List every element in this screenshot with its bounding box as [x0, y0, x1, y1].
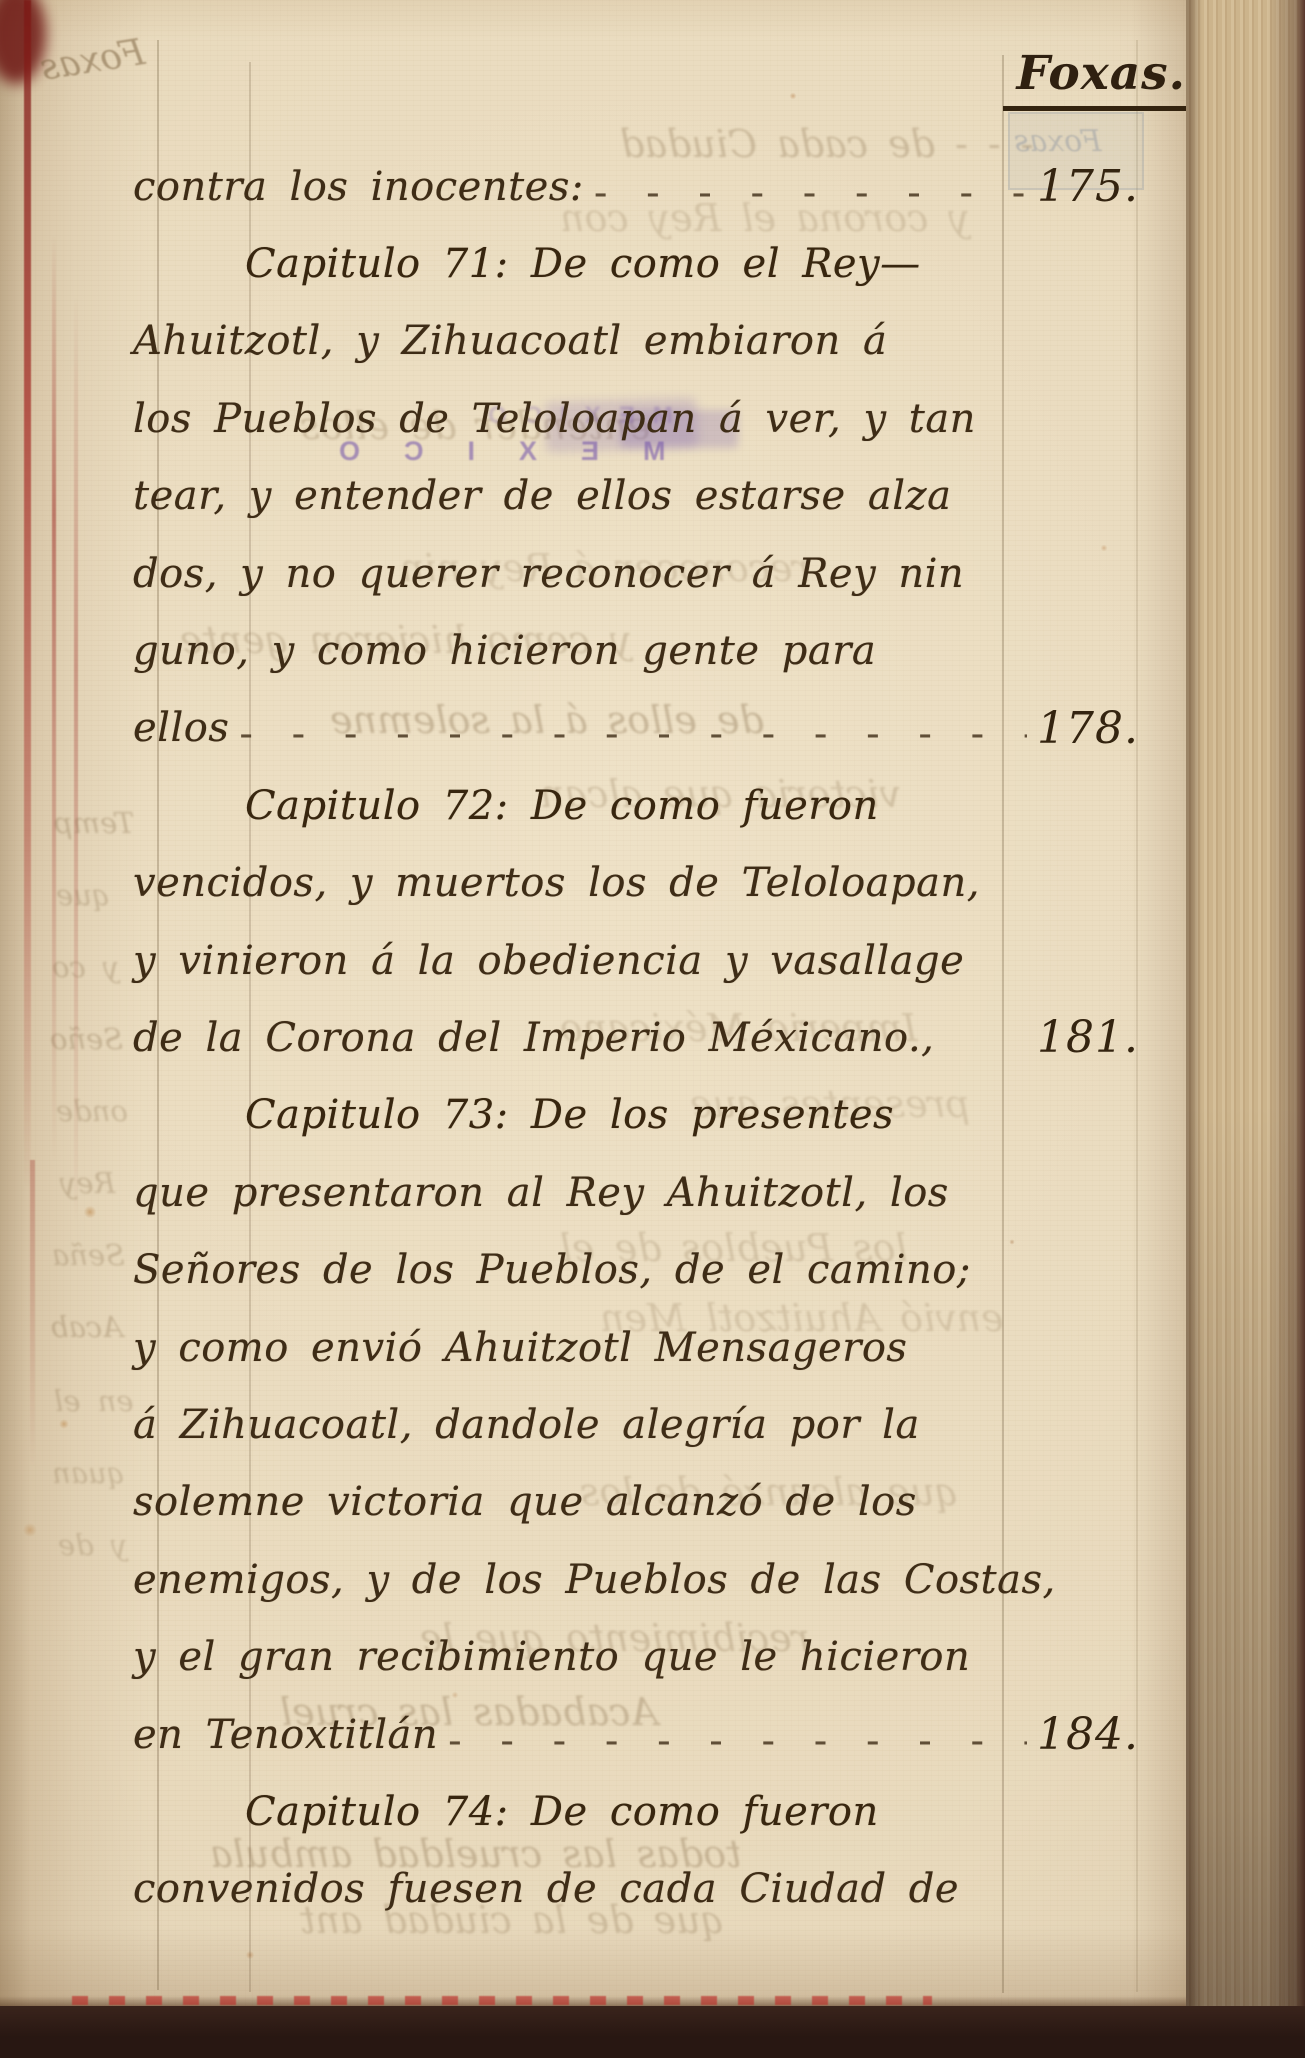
bleedthrough-text: Seña [52, 1238, 125, 1272]
toc-line: convenidos fuesen de cada Ciudad de [133, 1851, 1155, 1928]
toc-line: guno, y como hicieron gente para [133, 612, 1155, 689]
toc-line-chapter: Capitulo 71: De como el Rey— [133, 225, 1155, 302]
bleedthrough-text: Temp [54, 806, 134, 840]
folio-number: 181. [1037, 1012, 1155, 1063]
toc-line: Ahuitzotl, y Zihuacoatl embiaron á [133, 303, 1155, 380]
red-edge-streak [30, 1160, 35, 1470]
bleedthrough-text: en el [54, 1384, 134, 1418]
toc-line: contra los inocentes:- - - - - - - - - -… [133, 148, 1155, 225]
toc-line: y vinieron á la obediencia y vasallage [133, 922, 1155, 999]
bleedthrough-text: Acab [50, 1310, 123, 1344]
toc-line: á Zihuacoatl, dandole alegría por la [133, 1386, 1155, 1463]
toc-line: que presentaron al Rey Ahuitzotl, los [133, 1154, 1155, 1231]
bleedthrough-text: onde [56, 1094, 128, 1128]
book-cover-edge [0, 2006, 1305, 2058]
toc-line: y como envió Ahuitzotl Mensageros [133, 1309, 1155, 1386]
toc-line: de la Corona del Imperio Méxicano.,181. [133, 999, 1155, 1076]
toc-line: dos, y no querer reconocer á Rey nin [133, 535, 1155, 612]
leader-dashes: - - - - - - - - - - - - - - - - [594, 170, 1027, 216]
bleedthrough-text: y de [58, 1528, 127, 1562]
leader-dashes: - - - - - - - - - - - - - - [448, 1718, 1027, 1764]
toc-line-chapter: Capitulo 72: De como fueron [133, 767, 1155, 844]
toc-line: solemne victoria que alcanzó de los [133, 1464, 1155, 1541]
toc-line: vencidos, y muertos los de Teloloapan, [133, 845, 1155, 922]
toc-line: ellos- - - - - - - - - - - - - - - - - -… [133, 690, 1155, 767]
bleedthrough-text: Seño [50, 1022, 123, 1056]
toc-line: los Pueblos de Teloloapan á ver, y tan [133, 380, 1155, 457]
manuscript-page-scan: Foxas Foxas - - - de cada Ciudad y coron… [0, 0, 1305, 2058]
folio-number: 178. [1037, 703, 1155, 754]
folio-number: 175. [1037, 161, 1155, 212]
toc-line: Señores de los Pueblos, de el camino; [133, 1231, 1155, 1308]
bleedthrough-text: Rey [60, 1166, 115, 1200]
toc-line: y el gran recibimiento que le hicieron [133, 1618, 1155, 1695]
table-of-contents: contra los inocentes:- - - - - - - - - -… [133, 148, 1155, 1928]
red-edge-streak [74, 295, 78, 1225]
folio-column-header: Foxas. [1003, 46, 1192, 111]
bleedthrough-text: que [56, 878, 110, 912]
red-edge-streak [24, 0, 31, 1190]
toc-line-chapter: Capitulo 73: De los presentes [133, 1077, 1155, 1154]
toc-line: enemigos, y de los Pueblos de las Costas… [133, 1541, 1155, 1618]
leader-dashes: - - - - - - - - - - - - - - - - - - - - [239, 711, 1027, 757]
toc-line: tear, y entender de ellos estarse alza [133, 458, 1155, 535]
bleedthrough-text: quan [52, 1456, 125, 1490]
toc-line: en Tenoxtitlán- - - - - - - - - - - - - … [133, 1696, 1155, 1773]
red-edge-speckles [72, 1996, 932, 2005]
bleedthrough-text: y co [52, 950, 119, 984]
toc-line-chapter: Capitulo 74: De como fueron [133, 1773, 1155, 1850]
folio-number: 184. [1037, 1709, 1155, 1760]
book-fore-edge-pages [1186, 0, 1305, 2006]
